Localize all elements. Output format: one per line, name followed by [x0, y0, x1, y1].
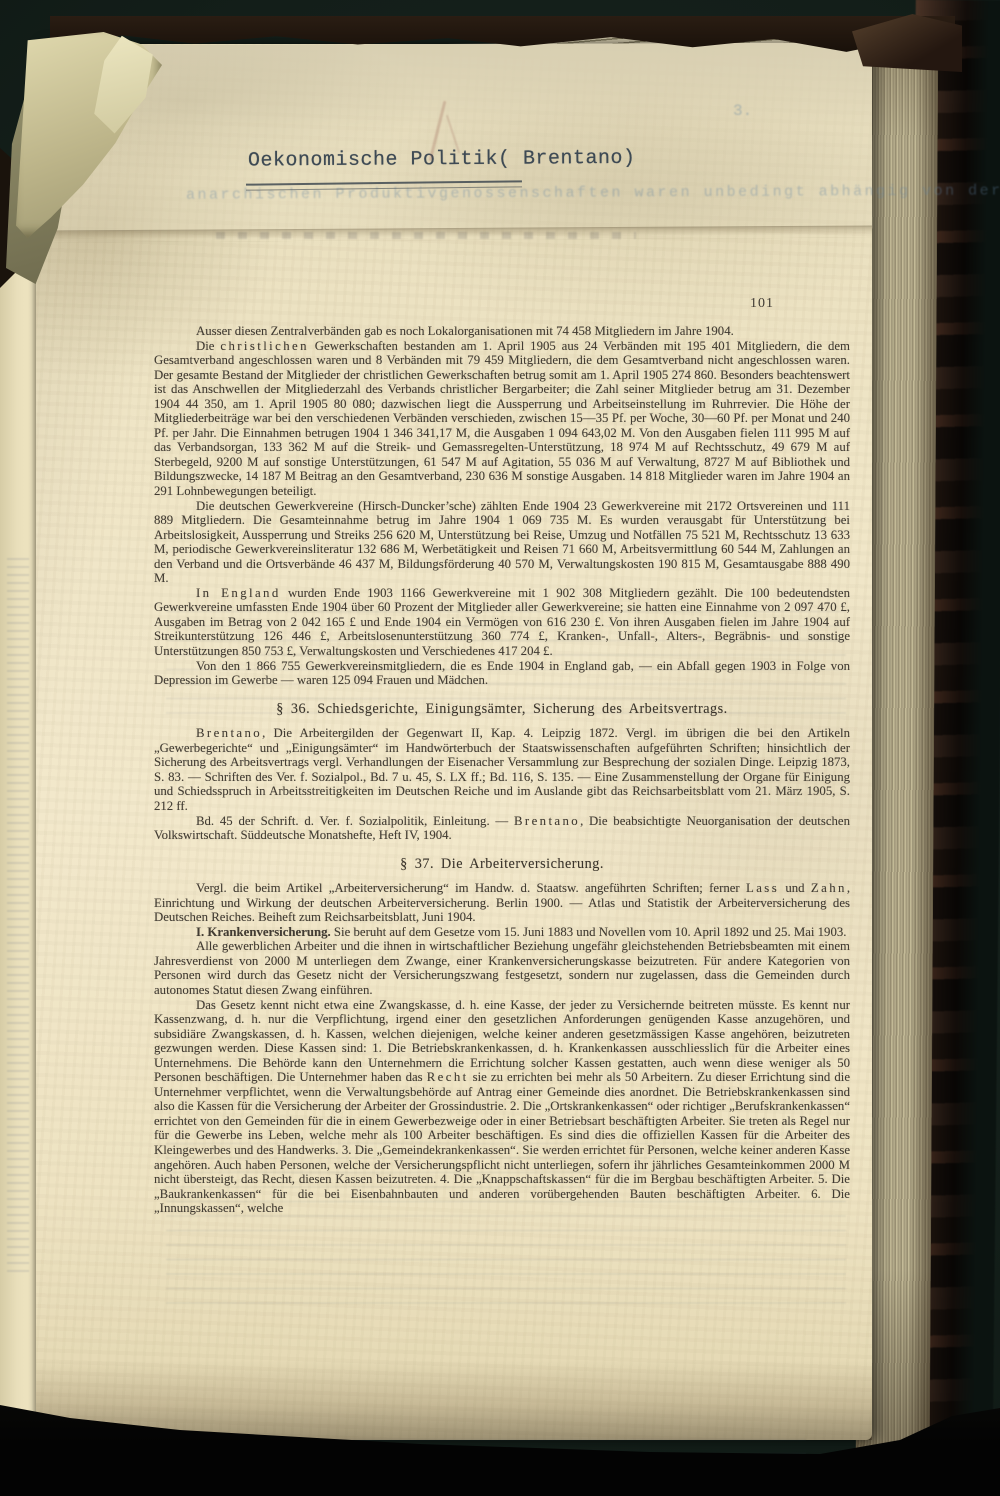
page-number: 101	[750, 296, 810, 312]
paragraph: Vergl. die beim Artikel „Arbeiterversich…	[154, 881, 850, 925]
text-block: Ausser diesen Zentralverbänden gab es no…	[154, 324, 850, 1424]
paragraph: In England wurden Ende 1903 1166 Gewerkv…	[154, 586, 850, 659]
page: anarchischen Produktivgenossenschaften w…	[36, 44, 872, 1440]
covered-text-fragment	[216, 232, 636, 239]
paragraph: Die christlichen Gewerkschaften bestande…	[154, 339, 850, 499]
paragraph: Ausser diesen Zentralverbänden gab es no…	[154, 324, 850, 339]
section-heading: § 37. Die Arbeiterversicherung.	[154, 857, 850, 872]
paragraph: Bd. 45 der Schrift. d. Ver. f. Sozialpol…	[154, 814, 850, 843]
book-photo: anarchischen Produktivgenossenschaften w…	[0, 0, 1000, 1496]
paragraph: Die deutschen Gewerkvereine (Hirsch-Dunc…	[154, 499, 850, 586]
paragraph: Brentano, Die Arbeitergilden der Gegenwa…	[154, 726, 850, 813]
section-heading: § 36. Schiedsgerichte, Einigungsämter, S…	[154, 702, 850, 717]
paragraph: Das Gesetz kennt nicht etwa eine Zwangsk…	[154, 998, 850, 1216]
paragraph: Von den 1 866 755 Gewerkvereinsmitgliede…	[154, 659, 850, 688]
under-page-bleed-text	[7, 552, 29, 1272]
bleed-through-number: 3.	[733, 102, 773, 124]
paragraph: I. Krankenversicherung. Sie beruht auf d…	[154, 925, 850, 940]
paragraph: Alle gewerblichen Arbeiter und die ihnen…	[154, 939, 850, 997]
typewriter-title: Oekonomische Politik( Brentano)	[248, 146, 688, 179]
